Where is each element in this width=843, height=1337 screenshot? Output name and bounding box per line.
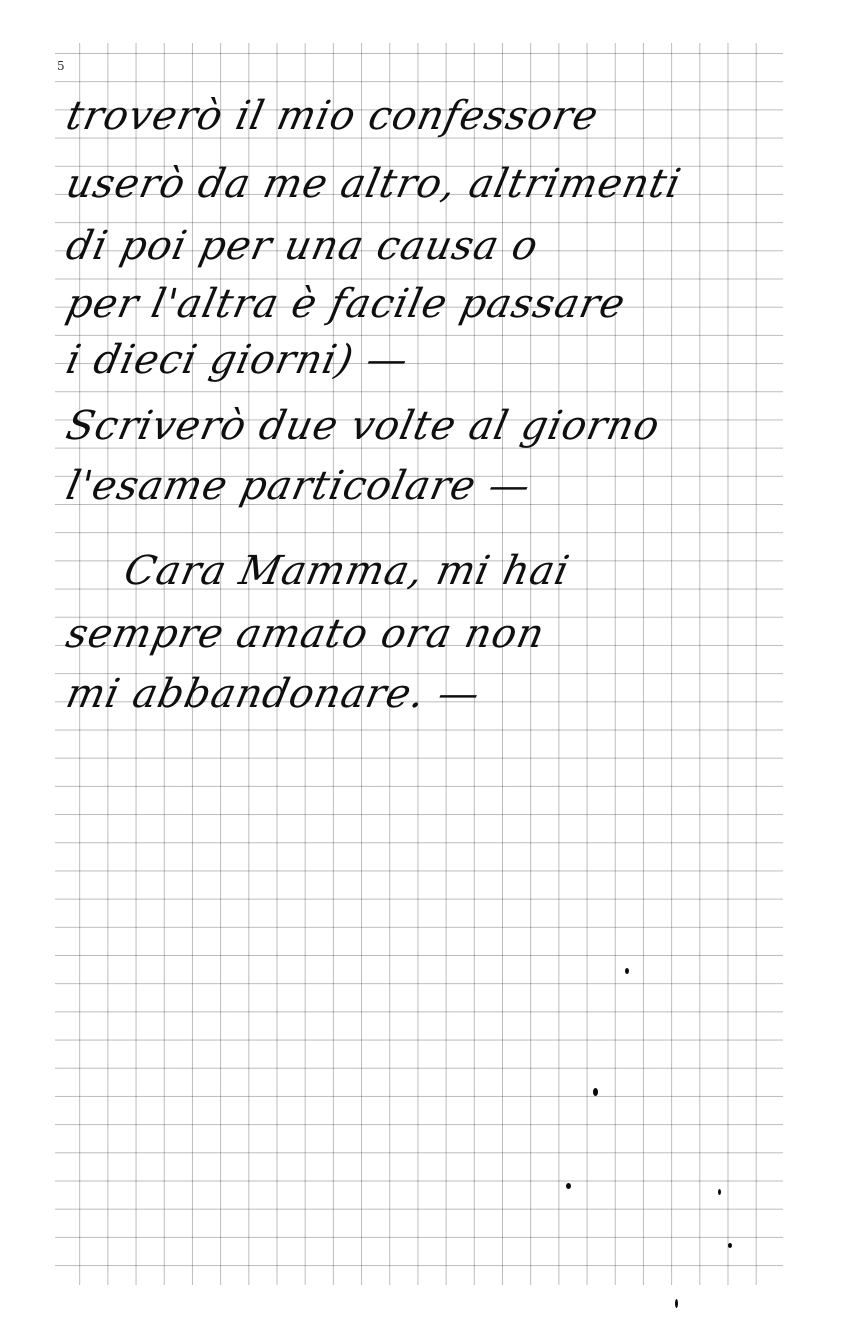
handwritten-line: sempre amato ora non	[62, 611, 549, 657]
handwritten-line: userò da me altro, altrimenti	[62, 161, 685, 207]
handwritten-line: l'esame particolare —	[62, 463, 535, 509]
page-number: 5	[57, 59, 65, 73]
handwritten-line: Scriverò due volte al giorno	[62, 403, 664, 449]
handwritten-line: di poi per una causa o	[62, 223, 542, 269]
handwritten-line: troverò il mio confessore	[62, 93, 603, 139]
ink-spot	[675, 1299, 678, 1308]
ink-spot	[625, 968, 629, 974]
ink-spot	[566, 1183, 571, 1189]
grid-paper-page: 5 troverò il mio confessore userò da me …	[55, 43, 783, 1285]
handwritten-line: per l'altra è facile passare	[62, 281, 630, 327]
handwritten-line: Cara Mamma, mi hai	[120, 548, 574, 594]
ink-spot	[593, 1088, 598, 1096]
ink-spot	[728, 1243, 732, 1248]
handwritten-line: mi abbandonare. —	[62, 671, 484, 717]
handwritten-line: i dieci giorni) —	[62, 337, 413, 383]
ink-spot	[718, 1189, 721, 1195]
